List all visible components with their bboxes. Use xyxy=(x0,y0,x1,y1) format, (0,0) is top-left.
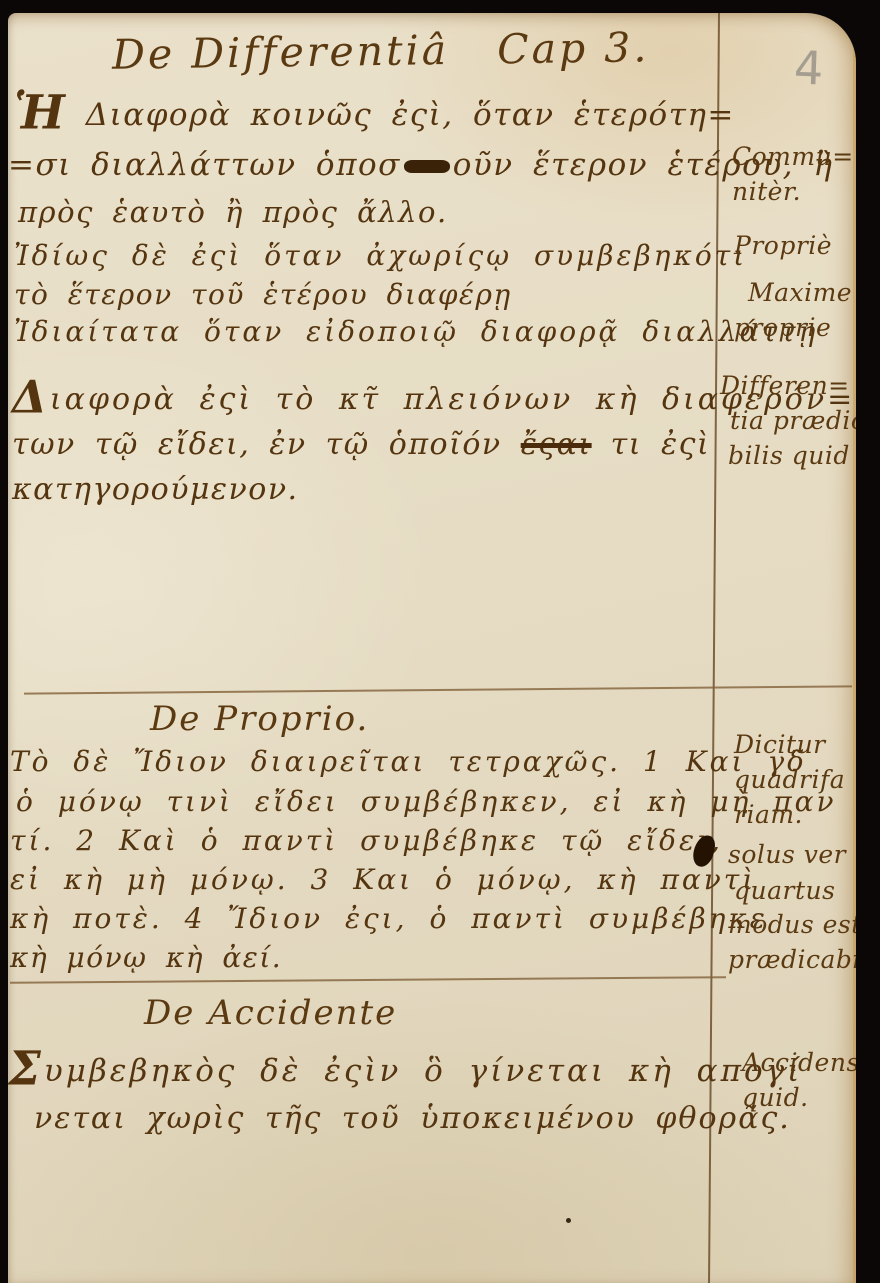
margin-note-solus: solus ver xyxy=(728,837,846,872)
text-run: Διαφορὰ κοινῶς ἐςὶ, ὅταν ἑτερότη= xyxy=(66,97,735,133)
manuscript-page: De Differentiâ Cap 3. 4 Ἡ Διαφορὰ κοινῶς… xyxy=(8,13,856,1283)
margin-note-line: Accidens xyxy=(742,1045,856,1080)
text-line: =σι διαλλάττων ὁποσοῦν ἕτερον ἑτέρου, ἢ xyxy=(8,147,833,183)
section-rule-2 xyxy=(10,976,726,984)
text-line: Τὸ δὲ Ἴδιον διαιρεῖται τετραχῶς. 1 Και γ… xyxy=(10,745,807,778)
drop-capital: Δ xyxy=(12,371,50,424)
margin-note-differentia: Differen= tia prædica bilis quid xyxy=(720,368,856,473)
margin-note-line: riam. xyxy=(734,797,845,832)
ink-speck-icon xyxy=(566,1218,571,1223)
text-line: νεται χωρὶς τῆς τοῦ ὑποκειμένου φθορᾶς. xyxy=(34,1101,791,1136)
margin-note-line: quadrifa xyxy=(734,762,845,797)
folio-number: 4 xyxy=(793,41,824,96)
text-line: Συμβεβηκὸς δὲ ἐςὶν ὃ γίνεται κὴ απογί xyxy=(8,1053,802,1089)
margin-note-line: proprie xyxy=(734,310,852,345)
text-line: ὁ μόνῳ τινὶ εἴδει συμβέβηκεν, εἰ κὴ μὴ π… xyxy=(16,785,837,818)
drop-capital: Ἡ xyxy=(14,85,66,140)
margin-note-dicitur: Dicitur quadrifa riam. xyxy=(734,727,845,832)
text-run: των τῷ εἴδει, ἐν τῷ ὁποῖόν xyxy=(12,427,521,462)
margin-note-quartus: quartus xyxy=(734,873,835,908)
struck-out-word: ἔςαι xyxy=(521,427,592,462)
margin-note-line: tia prædica xyxy=(730,403,856,438)
text-line: εἰ κὴ μὴ μόνῳ. 3 Και ὁ μόνῳ, κὴ παντὶ xyxy=(10,863,756,896)
text-line: Ἡ Διαφορὰ κοινῶς ἐςὶ, ὅταν ἑτερότη= xyxy=(14,97,735,133)
ink-blot-icon xyxy=(404,160,450,173)
margin-note-communiter: Commu= nitèr. xyxy=(732,139,854,209)
text-line: των τῷ εἴδει, ἐν τῷ ὁποῖόν ἔςαι τι ἐςὶ xyxy=(12,427,710,462)
drop-capital: Σ xyxy=(8,1041,44,1096)
text-line: κὴ ποτὲ. 4 Ἴδιον ἐςι, ὁ παντὶ συμβέβηκε xyxy=(10,902,768,935)
margin-note-line: prædicabile xyxy=(728,942,856,977)
margin-rule-vertical xyxy=(708,13,720,1283)
text-line: τί. 2 Καὶ ὁ παντὶ συμβέβηκε τῷ εἴδει, xyxy=(10,824,723,857)
text-line: Ἰδιαίτατα ὅταν εἰδοποιῷ διαφορᾷ διαλλάττ… xyxy=(14,315,818,348)
section-rule-1 xyxy=(24,685,852,694)
text-line: τὸ ἕτερον τοῦ ἑτέρου διαφέρῃ xyxy=(14,278,512,311)
margin-note-line: bilis quid xyxy=(728,438,856,473)
margin-note-line: nitèr. xyxy=(732,174,854,209)
section-heading-accidente: De Accidente xyxy=(144,993,397,1033)
margin-note-line: quid. xyxy=(742,1080,856,1115)
text-run: υμβεβηκὸς δὲ ἐςὶν ὃ γίνεται κὴ απογί xyxy=(44,1053,802,1089)
margin-note-line: Maxime xyxy=(748,275,852,310)
margin-note-line: Dicitur xyxy=(734,727,845,762)
margin-note-maxime-proprie: Maxime proprie xyxy=(734,275,852,345)
margin-note-proprie: Propriè xyxy=(734,228,832,263)
margin-note-line: modus est xyxy=(728,907,856,942)
text-run: =σι διαλλάττων ὁποσ xyxy=(8,147,401,183)
margin-note-modus: modus est prædicabile xyxy=(728,907,856,977)
text-line: πρὸς ἑαυτὸ ἢ πρὸς ἄλλο. xyxy=(18,195,448,229)
section-heading-proprio: De Proprio. xyxy=(150,699,369,739)
text-line: κὴ μόνῳ κὴ ἀεί. xyxy=(10,941,282,974)
chapter-title: De Differentiâ Cap 3. xyxy=(112,23,650,78)
margin-note-line: Differen= xyxy=(720,368,856,403)
margin-note-accidens: Accidens quid. xyxy=(742,1045,856,1115)
text-line: Ἰδίως δὲ ἐςὶ ὅταν ἀχωρίςῳ συμβεβηκότι xyxy=(14,239,747,272)
text-line: κατηγορούμενον. xyxy=(12,472,299,507)
text-run: τι ἐςὶ xyxy=(592,427,711,462)
margin-note-line: Commu= xyxy=(732,139,854,174)
